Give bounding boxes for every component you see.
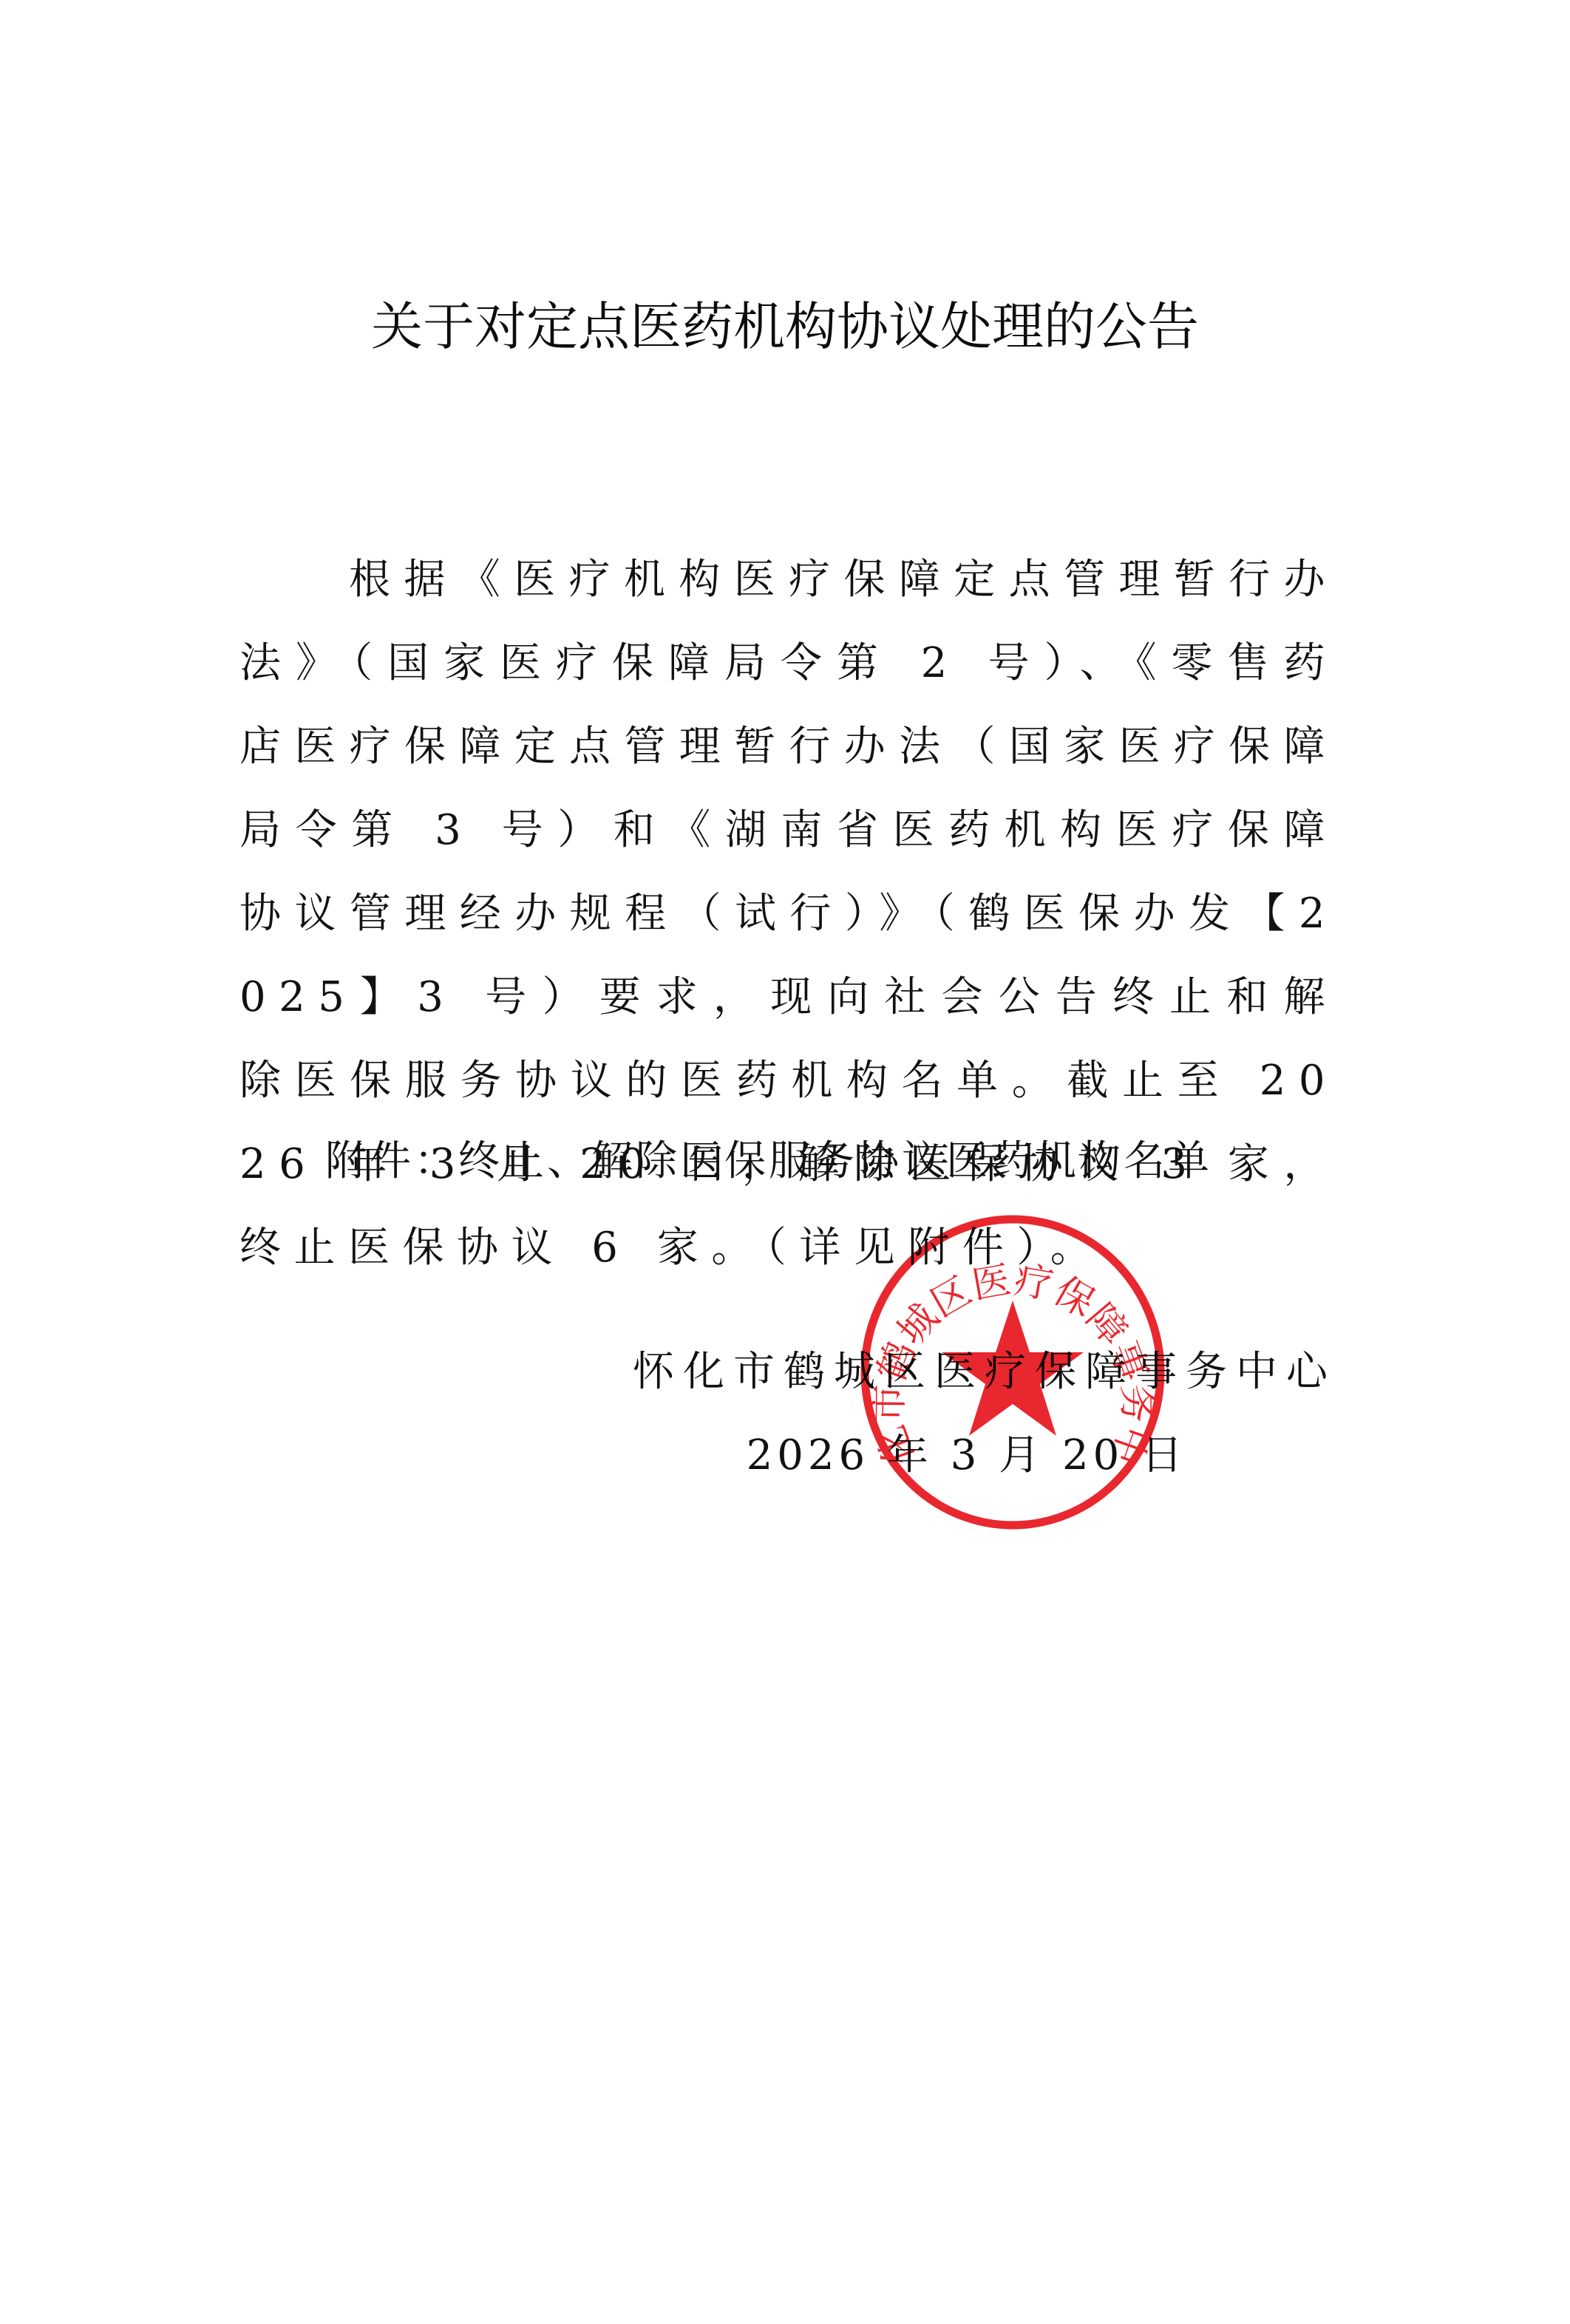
attachment-line: 附件：终止、解除医保服务协议医药机构名单: [325, 1120, 1212, 1203]
document-title: 关于对定点医药机构协议处理的公告: [0, 290, 1570, 364]
document-page: 关于对定点医药机构协议处理的公告 根据《医疗机构医疗保障定点管理暂行办法》（国家…: [0, 0, 1570, 2324]
official-seal: 怀化市鹤城区医疗保障事务中心: [857, 1213, 1168, 1531]
star-icon: [942, 1301, 1084, 1436]
seal-graphic: 怀化市鹤城区医疗保障事务中心: [857, 1213, 1168, 1531]
